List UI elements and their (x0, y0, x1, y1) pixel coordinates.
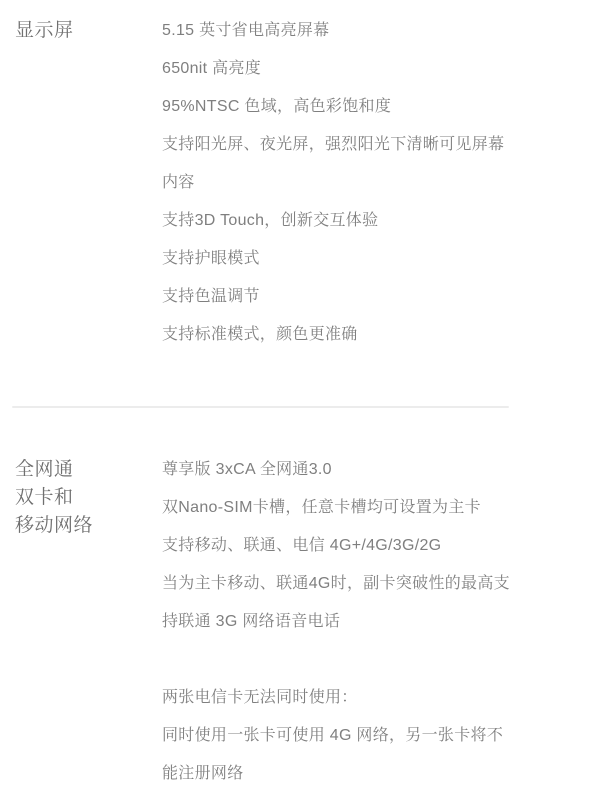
spec-line-secondary-sim-1: 当为主卡移动、联通4G时，副卡突破性的最高支 (162, 565, 517, 603)
spec-page: 显示屏 5.15 英寸省电高亮屏幕 650nit 高亮度 95%NTSC 色域，… (0, 0, 600, 801)
display-section-label: 显示屏 (15, 12, 162, 45)
section-title-display: 显示屏 (15, 17, 162, 45)
spec-line-brightness: 650nit 高亮度 (162, 50, 517, 88)
spec-line-3d-touch: 支持3D Touch，创新交互体验 (162, 202, 517, 240)
spec-line-telecom-detail-2: 能注册网络 (162, 755, 517, 793)
spec-line-ca: 尊享版 3xCA 全网通3.0 (162, 451, 517, 489)
network-section-label: 全网通 双卡和 移动网络 (15, 451, 162, 540)
display-spec-list: 5.15 英寸省电高亮屏幕 650nit 高亮度 95%NTSC 色域，高色彩饱… (162, 12, 517, 354)
spec-line-eye-care: 支持护眼模式 (162, 240, 517, 278)
spec-line-gamut: 95%NTSC 色域，高色彩饱和度 (162, 88, 517, 126)
spec-line-sunlight-2: 内容 (162, 164, 517, 202)
network-spec-list: 尊享版 3xCA 全网通3.0 双Nano-SIM卡槽，任意卡槽均可设置为主卡 … (162, 451, 517, 793)
spec-line-standard-mode: 支持标准模式，颜色更准确 (162, 316, 517, 354)
spec-line-secondary-sim-2: 持联通 3G 网络语音电话 (162, 603, 517, 641)
display-spec-section: 显示屏 5.15 英寸省电高亮屏幕 650nit 高亮度 95%NTSC 色域，… (0, 12, 600, 354)
spec-line-carriers: 支持移动、联通、电信 4G+/4G/3G/2G (162, 527, 517, 565)
section-divider (12, 406, 509, 408)
spec-line-color-temp: 支持色温调节 (162, 278, 517, 316)
section-title-network-2: 双卡和 (15, 484, 162, 512)
spec-line-telecom-note: 两张电信卡无法同时使用： (162, 679, 517, 717)
spec-line-sunlight-1: 支持阳光屏、夜光屏，强烈阳光下清晰可见屏幕 (162, 126, 517, 164)
spec-line-telecom-detail-1: 同时使用一张卡可使用 4G 网络，另一张卡将不 (162, 717, 517, 755)
network-spec-section: 全网通 双卡和 移动网络 尊享版 3xCA 全网通3.0 双Nano-SIM卡槽… (0, 451, 600, 793)
section-title-network-1: 全网通 (15, 456, 162, 484)
spec-line-screen-size: 5.15 英寸省电高亮屏幕 (162, 12, 517, 50)
spec-line-nano-sim: 双Nano-SIM卡槽，任意卡槽均可设置为主卡 (162, 489, 517, 527)
section-title-network-3: 移动网络 (15, 512, 162, 540)
